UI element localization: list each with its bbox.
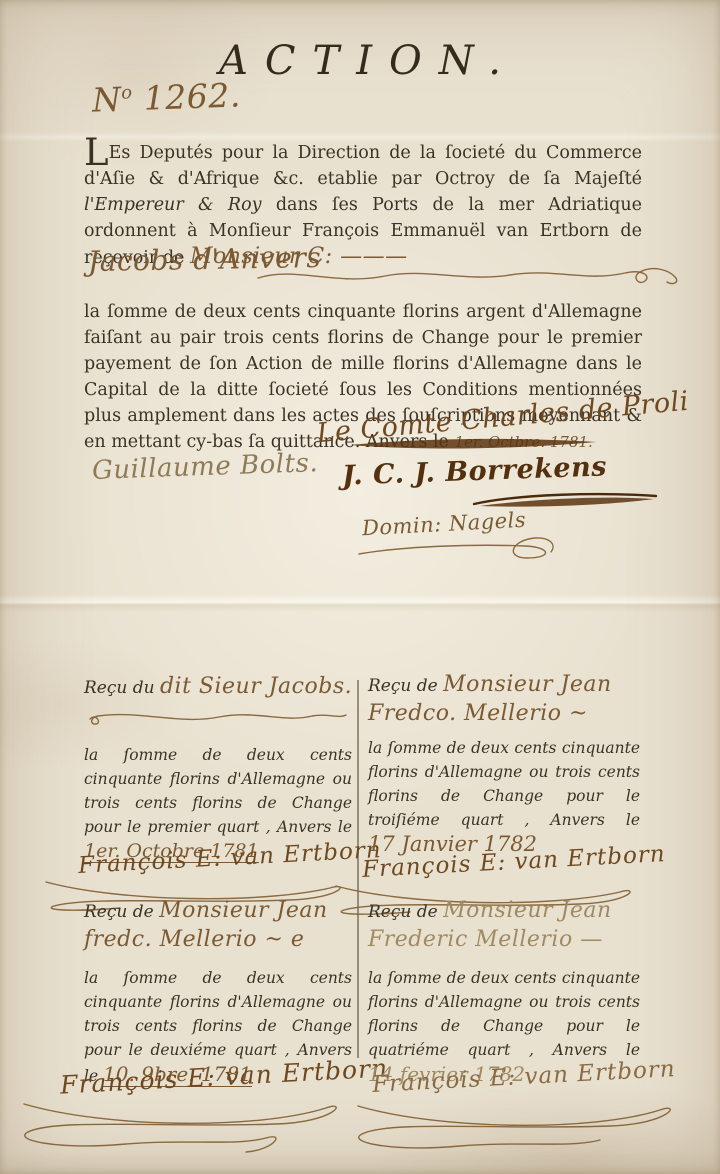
receipt-payer-line2: fredc. Mellerio ~ e [84, 927, 352, 952]
handwritten-date-main: 1er. Octbre. 1781. [454, 433, 592, 451]
ertborn-swash-q4 [350, 1094, 690, 1164]
signature-nagels: Domin: Nagels [361, 508, 526, 541]
receipt-payer-line2: Fredco. Mellerio ~ [368, 701, 640, 726]
share-certificate-document: ACTION. No 1262. LEs Deputés pour la Dir… [0, 0, 720, 1174]
receipt-heading: Reçu de Monsieur Jean [84, 898, 352, 923]
intro-text-1: Es Deputés pour la Direction de la ſocie… [84, 143, 642, 189]
ertborn-swash-q2 [16, 1092, 356, 1162]
royal-title-italic: l'Empereur & Roy [84, 195, 262, 215]
document-title: ACTION. [0, 38, 720, 84]
receipt-body-text: la ſomme de deux cents cinquante florins… [84, 746, 352, 836]
receipt-body-text: la ſomme de deux cents cinquante florins… [368, 969, 640, 1059]
receipt-payer-handwritten: Monsieur Jean [443, 672, 612, 697]
receipt-body-text: la ſomme de deux cents cinquante florins… [368, 739, 640, 829]
receipt-heading: Reçu du dit Sieur Jacobs. [84, 674, 352, 699]
receipt-heading: Reçu de Monsieur Jean [368, 898, 640, 923]
receipt-body: la ſomme de deux cents cinquante florins… [368, 736, 640, 858]
receipt-payer-handwritten: Monsieur Jean [443, 898, 612, 923]
borrekens-signature-swash [470, 490, 660, 510]
recu-label: Reçu du [84, 678, 160, 698]
number-superscript: o [121, 82, 133, 103]
receipt-column-divider [357, 680, 359, 1058]
recu-label: Reçu de [84, 902, 159, 922]
number-value: 1262. [143, 75, 241, 117]
receipt-payer-line2: Frederic Mellerio — [368, 927, 640, 952]
drop-cap: L [84, 131, 109, 174]
receipt-heading: Reçu de Monsieur Jean [368, 672, 640, 697]
handwritten-payer-name: Jacobs d'Anvers [88, 241, 322, 278]
recu-label: Reçu de [368, 676, 443, 696]
receipt-payer-handwritten: dit Sieur Jacobs. [160, 674, 352, 699]
signature-guillaume-bolts: Guillaume Bolts. [92, 448, 319, 486]
fold-crease-middle [0, 594, 720, 612]
receipt-flourish-line [84, 707, 352, 729]
signature-borrekens: J. C. J. Borrekens [342, 451, 608, 491]
certificate-number: No 1262. [91, 75, 241, 119]
recu-label: Reçu de [368, 902, 443, 922]
receipt-payer-handwritten: Monsieur Jean [159, 898, 328, 923]
number-prefix: N [91, 80, 122, 120]
receipt-third-quarter: Reçu de Monsieur Jean Fredco. Mellerio ~… [368, 672, 640, 858]
receipt-first-quarter: Reçu du dit Sieur Jacobs. la ſomme de de… [84, 674, 352, 864]
